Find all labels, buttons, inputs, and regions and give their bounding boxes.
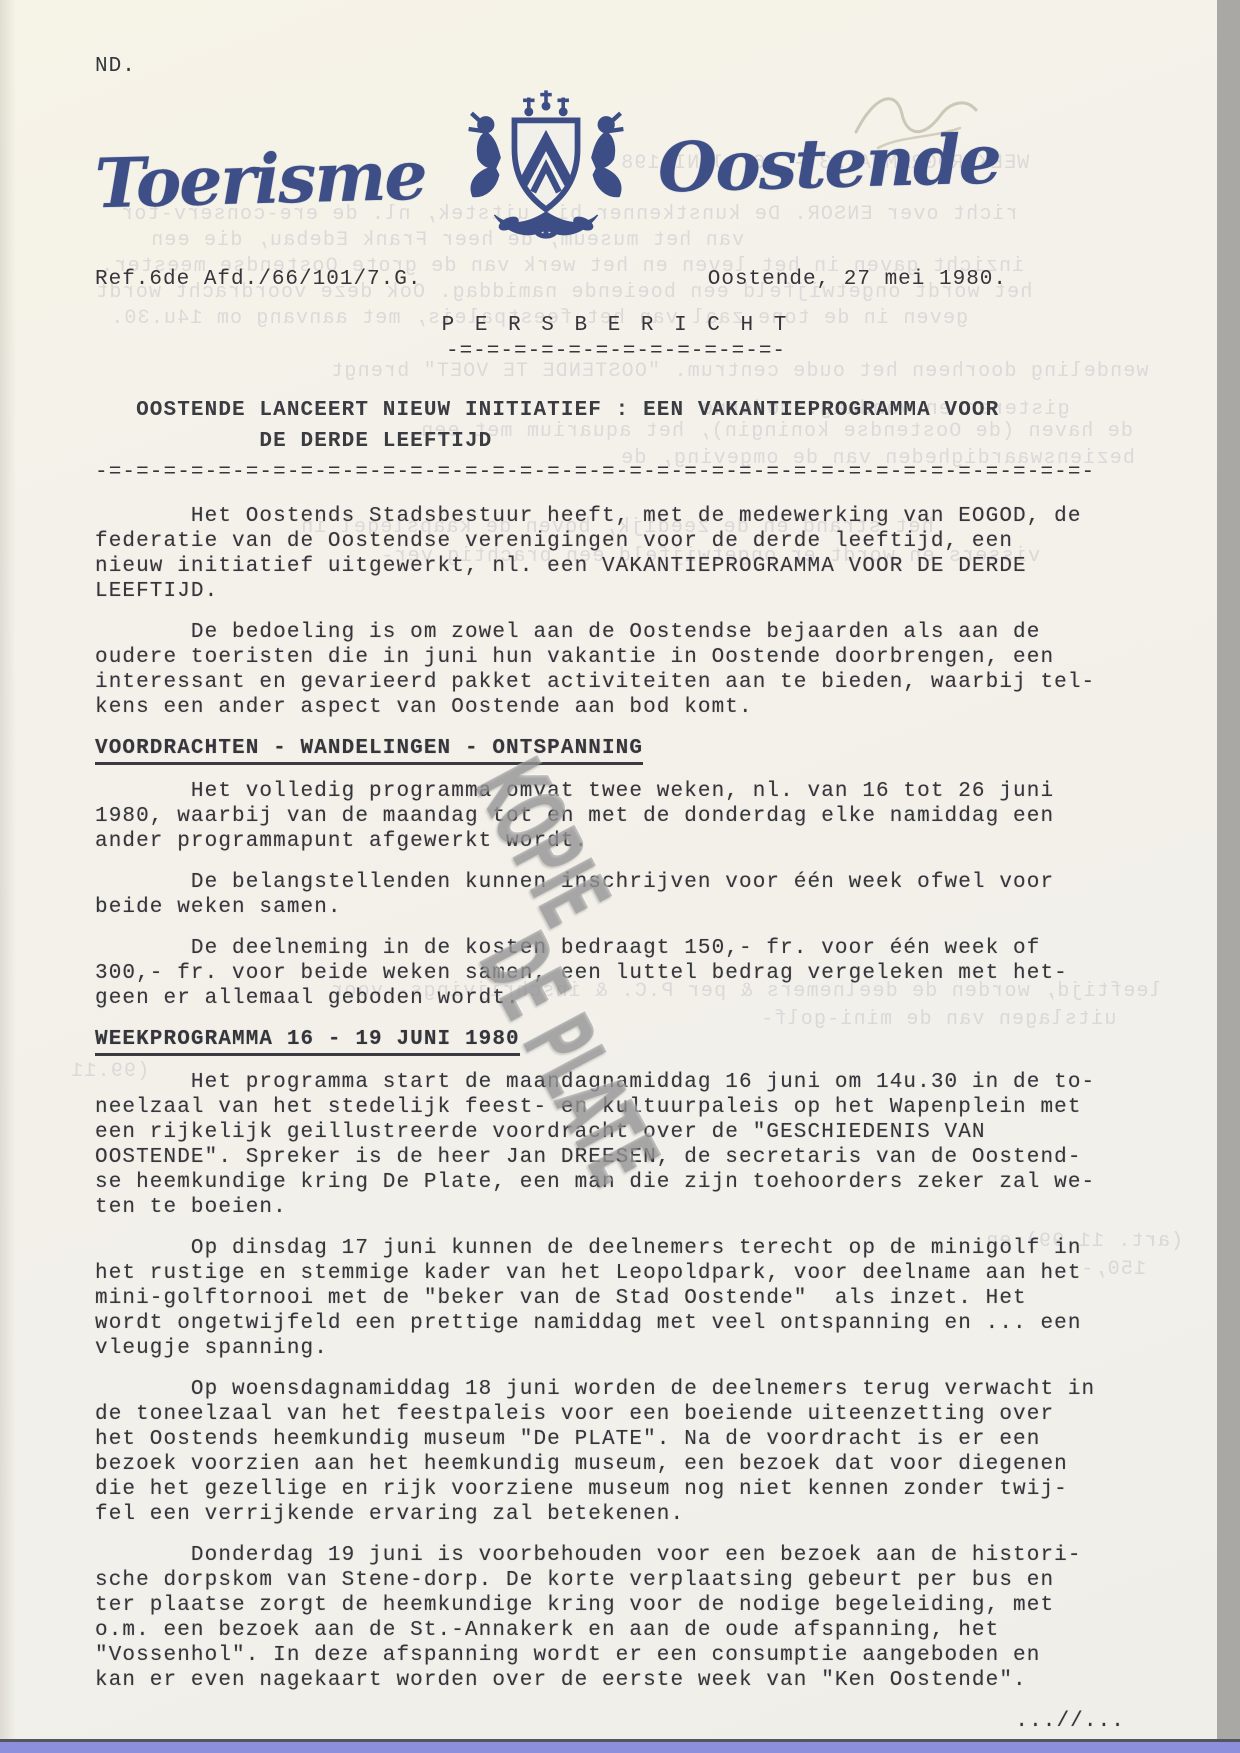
body-line: kens een ander aspect van Oostende aan b… <box>95 695 1137 720</box>
logo-word-oostende: Oostende <box>657 120 1001 209</box>
paper-left-edge-shadow <box>0 0 16 1753</box>
paragraph-donderdag: Donderdag 19 juni is voorbehouden voor e… <box>95 1543 1137 1693</box>
press-release-underline: -=-=-=-=-=-=-=-=-=-=-=-=- <box>95 339 1137 365</box>
body-line: fel een verrijkende ervaring zal beteken… <box>95 1502 1137 1527</box>
press-release-title: P E R S B E R I C H T <box>95 313 1137 339</box>
body-line: nieuw initiatief uitgewerkt, nl. een VAK… <box>95 554 1137 579</box>
reference-number: Ref.6de Afd./66/101/7.G. <box>95 268 421 291</box>
body-line: vleugje spanning. <box>95 1336 1137 1361</box>
body-line: federatie van de Oostendse verenigingen … <box>95 529 1137 554</box>
body-line: 300,- fr. voor beide weken samen, een lu… <box>95 961 1137 986</box>
body-line: Op woensdagnamiddag 18 juni worden de de… <box>95 1377 1137 1402</box>
logo-word-toerisme: Toerisme <box>94 136 427 225</box>
body-line: wordt ongetwijfeld een prettige namiddag… <box>95 1311 1137 1336</box>
paragraph-doel: De bedoeling is om zowel aan de Oostends… <box>95 620 1137 720</box>
letterhead: Toerisme <box>95 84 1137 252</box>
headline-line-2: DE DERDE LEEFTIJD <box>95 426 1137 457</box>
body-line: ander programmapunt afgewerkt wordt. <box>95 829 1137 854</box>
body-line: Donderdag 19 juni is voorbehouden voor e… <box>95 1543 1137 1568</box>
scanner-bottom-band <box>0 1739 1240 1753</box>
scanned-press-release-page: WEEKPROGRAMMA 23 - 26. JUNI 198richt ove… <box>0 0 1240 1753</box>
press-release-heading: P E R S B E R I C H T -=-=-=-=-=-=-=-=-=… <box>95 313 1137 365</box>
paragraph-woensdag: Op woensdagnamiddag 18 juni worden de de… <box>95 1377 1137 1527</box>
body-line: kan er even nagekaart worden over de eer… <box>95 1668 1137 1693</box>
body-line: die het gezellige en rijk voorziene muse… <box>95 1477 1137 1502</box>
body-line: De bedoeling is om zowel aan de Oostends… <box>95 620 1137 645</box>
oostende-crest-icon <box>460 86 632 248</box>
paragraph-intro: Het Oostends Stadsbestuur heeft, met de … <box>95 504 1137 604</box>
body-line: beide weken samen. <box>95 895 1137 920</box>
body-line: ten te boeien. <box>95 1195 1137 1220</box>
body-line: ter plaatse zorgt de heemkundige kring v… <box>95 1593 1137 1618</box>
body-line: sche dorpskom van Stene-dorp. De korte v… <box>95 1568 1137 1593</box>
section-heading-voordrachten: VOORDRACHTEN - WANDELINGEN - ONTSPANNING <box>95 736 1137 761</box>
body-line: mini-golftornooi met de "beker van de St… <box>95 1286 1137 1311</box>
body-line: "Vossenhol". In deze afspanning wordt er… <box>95 1643 1137 1668</box>
body-line: LEEFTIJD. <box>95 579 1137 604</box>
body-line: het rustige en stemmige kader van het Le… <box>95 1261 1137 1286</box>
body-line: geen er allemaal geboden wordt. <box>95 986 1137 1011</box>
body-line: oudere toeristen die in juni hun vakanti… <box>95 645 1137 670</box>
scanner-background-strip <box>1217 0 1240 1753</box>
headline-line-1: OOSTENDE LANCEERT NIEUW INITIATIEF : EEN… <box>95 395 1137 426</box>
body-line: 1980, waarbij van de maandag tot en met … <box>95 804 1137 829</box>
paragraph-kosten: De deelneming in de kosten bedraagt 150,… <box>95 936 1137 1011</box>
body-line: bezoek voorzien aan het heemkundig museu… <box>95 1452 1137 1477</box>
body-line: de toneelzaal van het feestpaleis voor e… <box>95 1402 1137 1427</box>
headline-separator: -=-=-=-=-=-=-=-=-=-=-=-=-=-=-=-=-=-=-=-=… <box>95 461 1137 484</box>
paragraph-programma: Het volledig programma omvat twee weken,… <box>95 779 1137 854</box>
continuation-mark: ...//... <box>95 1709 1137 1734</box>
body-line: Op dinsdag 17 juni kunnen de deelnemers … <box>95 1236 1137 1261</box>
paragraph-dinsdag: Op dinsdag 17 juni kunnen de deelnemers … <box>95 1236 1137 1361</box>
body-line: Het Oostends Stadsbestuur heeft, met de … <box>95 504 1137 529</box>
corner-mark: ND. <box>95 55 1137 78</box>
date-line: Oostende, 27 mei 1980. <box>708 268 1007 291</box>
body-line: interessant en gevarieerd pakket activit… <box>95 670 1137 695</box>
body-line: Het volledig programma omvat twee weken,… <box>95 779 1137 804</box>
body-line: het Oostends heemkundig museum "De PLATE… <box>95 1427 1137 1452</box>
body-line: o.m. een bezoek aan de St.-Annakerk en a… <box>95 1618 1137 1643</box>
body-line: De deelneming in de kosten bedraagt 150,… <box>95 936 1137 961</box>
